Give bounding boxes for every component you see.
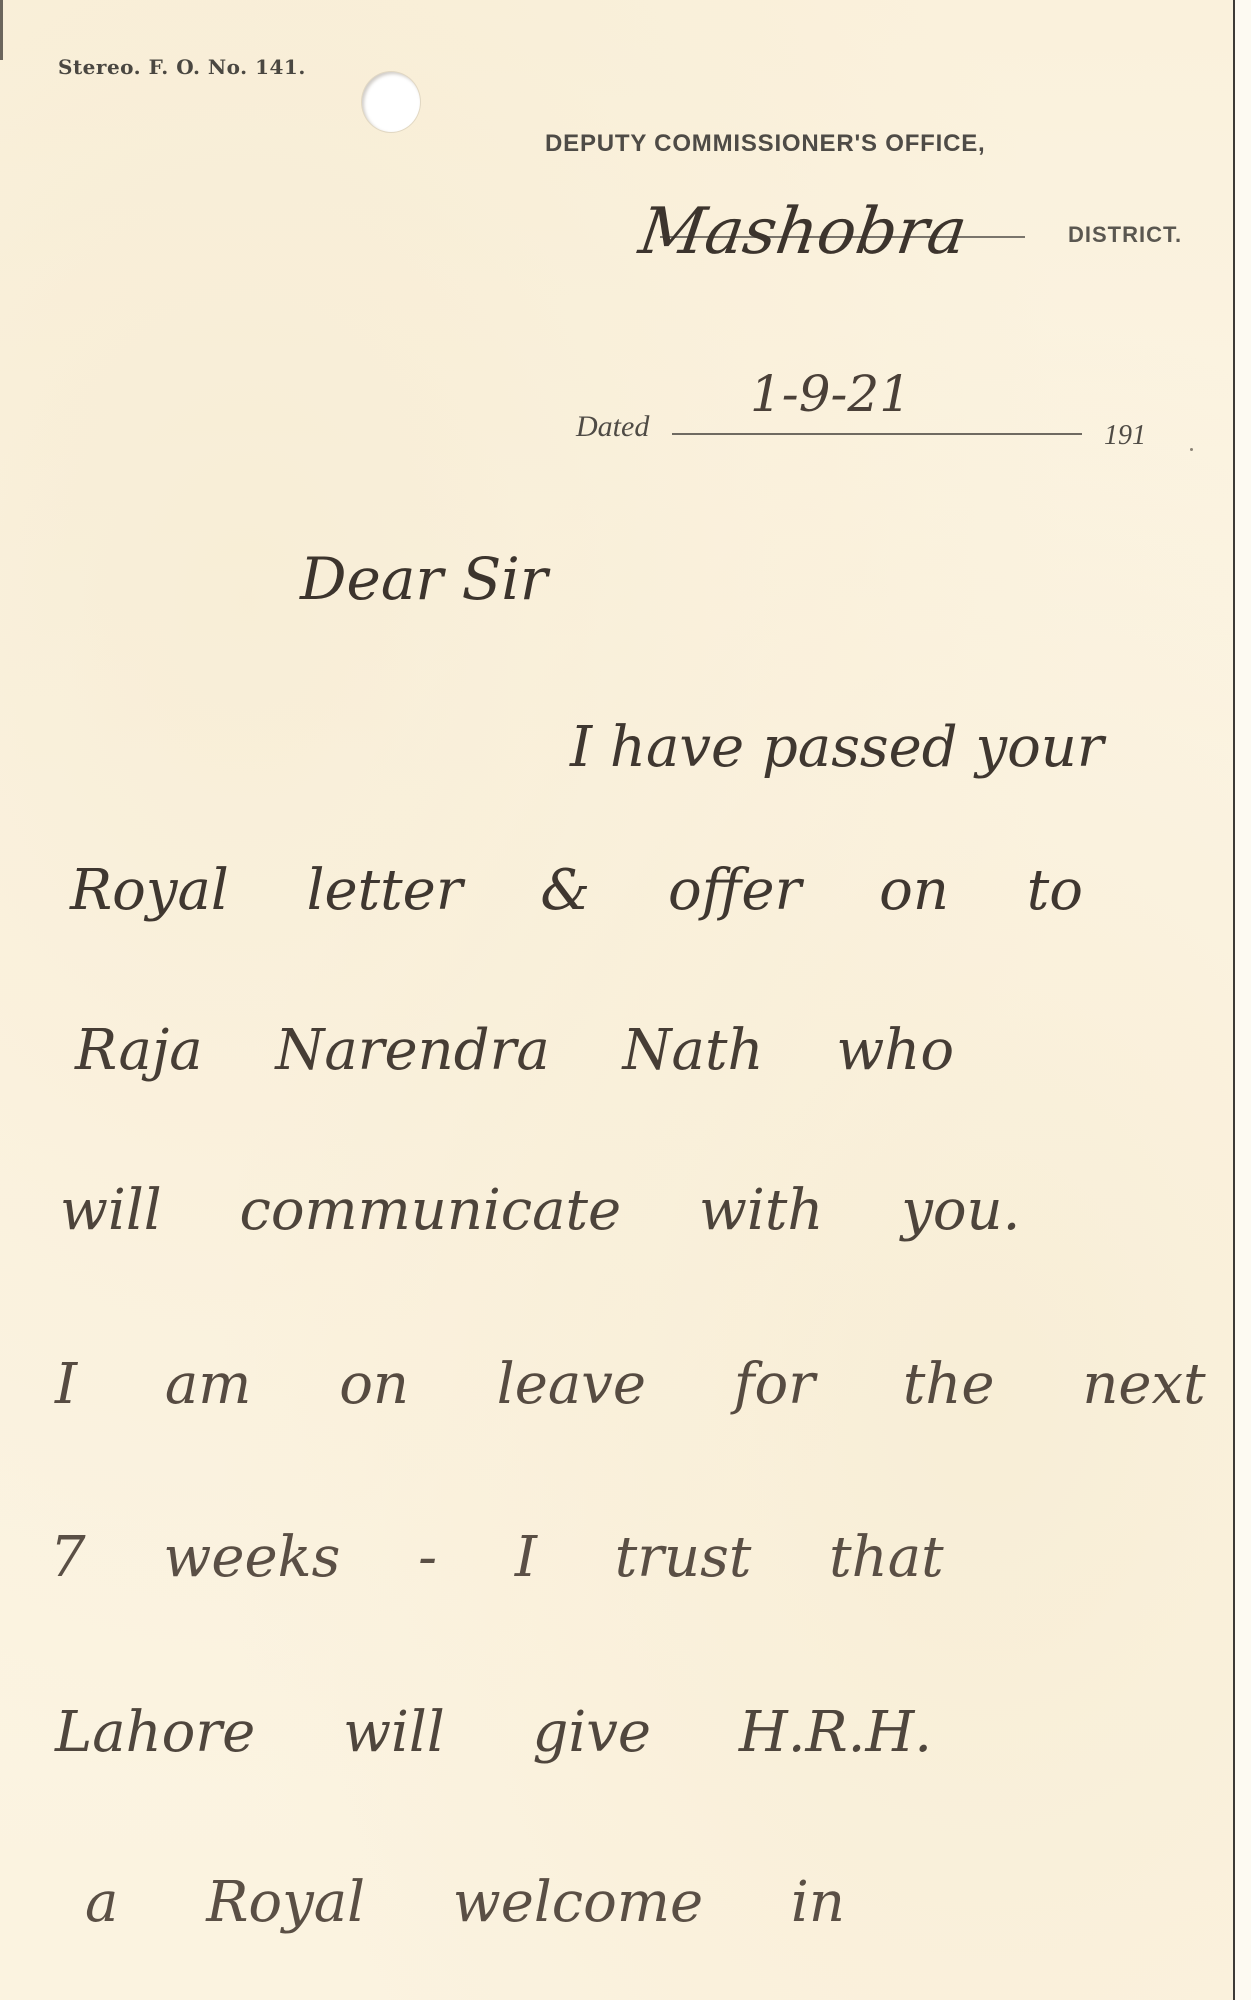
punch-hole — [362, 72, 420, 132]
body-line-6: 7 weeks - I trust that — [50, 1525, 944, 1590]
salutation: Dear Sir — [300, 545, 548, 613]
body-line-3: Raja Narendra Nath who — [75, 1018, 954, 1083]
office-title: DEPUTY COMMISSIONER'S OFFICE, — [545, 130, 986, 158]
ink-speck — [1190, 448, 1193, 451]
body-line-7: Lahore will give H.R.H. — [55, 1700, 932, 1765]
date-value: 1-9-21 — [750, 365, 911, 423]
body-line-8: a Royal welcome in — [85, 1870, 845, 1935]
form-number: Stereo. F. O. No. 141. — [58, 55, 306, 79]
year-prefix: 191 — [1104, 420, 1146, 452]
body-line-2: Royal letter & offer on to — [70, 858, 1083, 923]
district-name: Mashobra — [635, 195, 971, 269]
letter-page: Stereo. F. O. No. 141. DEPUTY COMMISSION… — [0, 0, 1235, 2000]
body-line-1: I have passed your — [570, 715, 1104, 780]
dated-fill-line — [672, 433, 1082, 435]
district-label: DISTRICT. — [1068, 222, 1182, 248]
page-left-edge — [0, 0, 3, 60]
body-line-4: will communicate with you. — [60, 1178, 1020, 1243]
dated-label: Dated — [576, 410, 649, 444]
scan-margin — [1235, 0, 1251, 2000]
body-line-5: I am on leave for the next — [55, 1352, 1206, 1417]
